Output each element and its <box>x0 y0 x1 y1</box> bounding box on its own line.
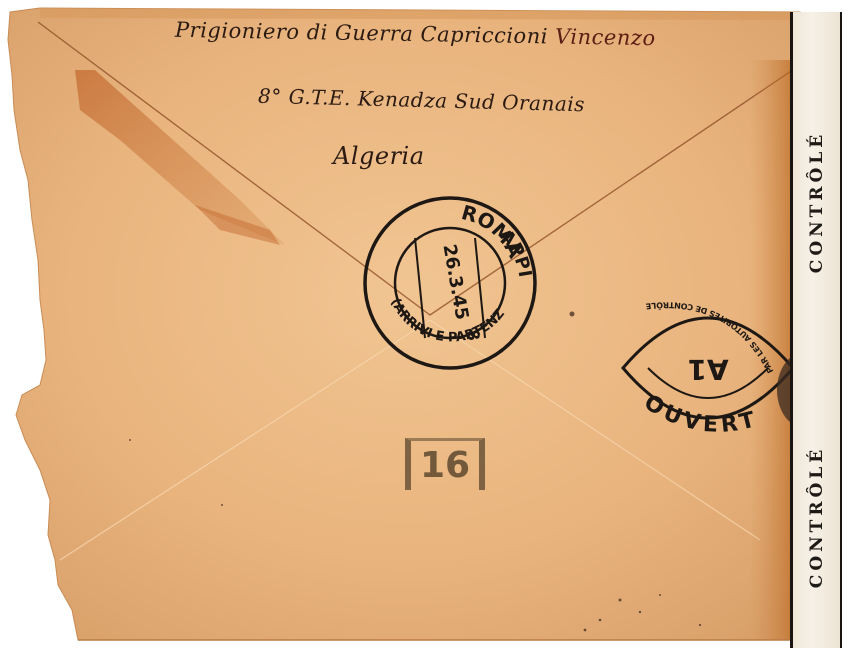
box-number-stamp: 16 <box>405 438 485 490</box>
postmark-hour: 8 <box>463 328 484 342</box>
censor-tape-strip: CONTRÔLÉ CONTRÔLÉ <box>790 12 842 648</box>
censor-inner-text: A1 <box>687 353 728 386</box>
sender-firstname-text: Vincenzo <box>555 24 656 50</box>
strip-label-bottom: CONTRÔLÉ <box>807 446 827 588</box>
strip-label-top: CONTRÔLÉ <box>807 131 827 273</box>
postmark-date: 26.3.45 <box>438 243 472 322</box>
roma-postmark: ROMA APPI (ARRIVI E PARTENZE) 26.3.45 8 <box>355 188 545 378</box>
envelope-scan: Prigioniero di Guerra Capriccioni Vincen… <box>0 0 859 650</box>
handwritten-sender-line3: Algeria <box>333 142 425 170</box>
